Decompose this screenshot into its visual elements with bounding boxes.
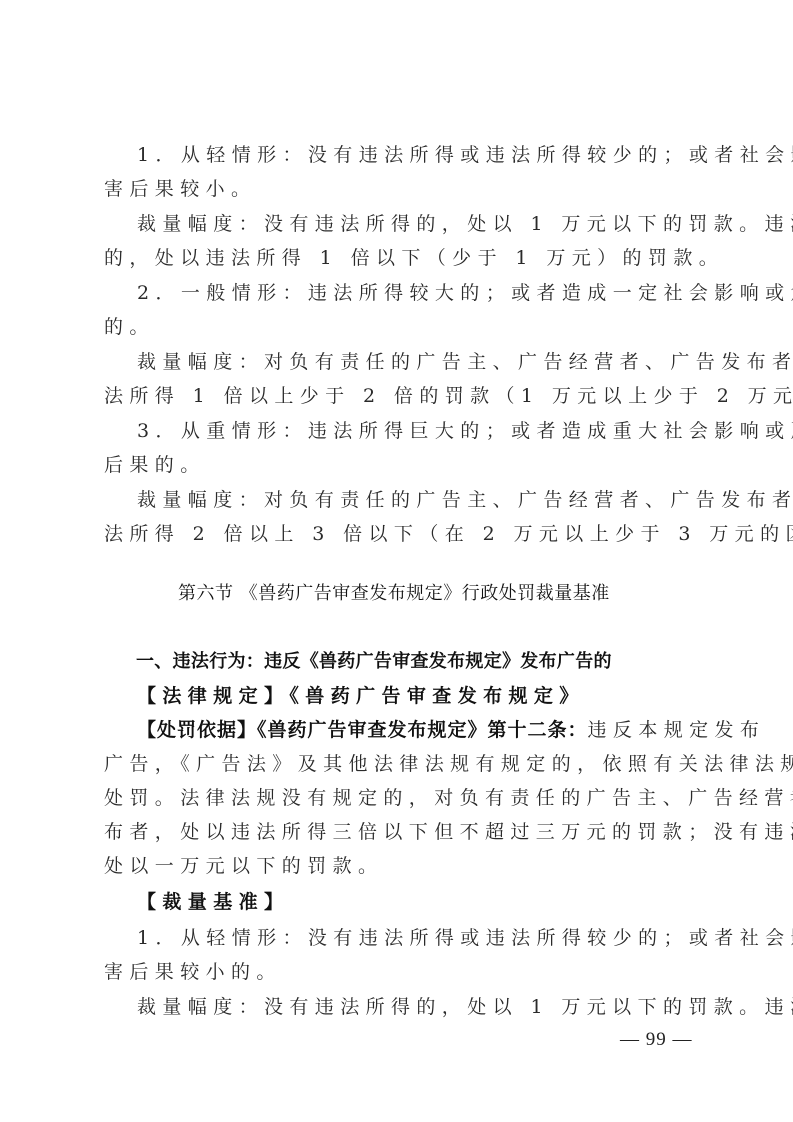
item3-line2: 后果的。 xyxy=(104,453,694,477)
item1-range-line2: 的，处以违法所得 1 倍以下（少于 1 万元）的罚款。 xyxy=(104,246,694,270)
item1-line1: 1．从轻情形：没有违法所得或违法所得较少的；或者社会影响或危 xyxy=(137,143,694,167)
section-item1-range-line1: 裁量幅度：没有违法所得的，处以 1 万元以下的罚款。违法所得较少， xyxy=(137,995,694,1019)
basis-line2: 广告，《广告法》及其他法律法规有规定的，依照有关法律法规规定予以 xyxy=(104,752,694,776)
basis-line5: 处以一万元以下的罚款。 xyxy=(104,854,694,878)
item3-line1: 3．从重情形：违法所得巨大的；或者造成重大社会影响或严重危害 xyxy=(137,419,694,443)
item2-range-line1: 裁量幅度：对负有责任的广告主、广告经营者、广告发布者，处以违 xyxy=(137,350,694,374)
item2-line1: 2．一般情形：违法所得较大的；或者造成一定社会影响或危害后果 xyxy=(137,281,694,305)
item2-range-line2: 法所得 1 倍以上少于 2 倍的罚款（1 万元以上少于 2 万元的区间内）。 xyxy=(104,384,694,408)
legal-rule-label: 【法律规定】 xyxy=(137,685,289,707)
basis-label: 【处罚依据】《兽药广告审查发布规定》第十二条： xyxy=(137,719,588,741)
legal-rule-line: 【法律规定】《兽药广告审查发布规定》 xyxy=(137,684,694,708)
item2-line2: 的。 xyxy=(104,315,694,339)
section-item1-line1: 1．从轻情形：没有违法所得或违法所得较少的；或者社会影响或危 xyxy=(137,926,694,950)
item3-range-line2: 法所得 2 倍以上 3 倍以下（在 2 万元以上少于 3 万元的区间内）的罚款。 xyxy=(104,522,694,546)
standard-label: 【裁量基准】 xyxy=(137,890,694,914)
legal-rule-text: 《兽药广告审查发布规定》 xyxy=(289,685,584,707)
page-number: — 99 — xyxy=(620,1028,693,1052)
item3-range-line1: 裁量幅度：对负有责任的广告主、广告经营者、广告发布者，处以违 xyxy=(137,488,694,512)
basis-line3: 处罚。法律法规没有规定的，对负有责任的广告主、广告经营者、广告发 xyxy=(104,786,694,810)
basis-line1-rest: 违反本规定发布 xyxy=(588,719,766,741)
document-page: 1．从轻情形：没有违法所得或违法所得较少的；或者社会影响或危 害后果较小。 裁量… xyxy=(0,0,793,1122)
basis-line1: 【处罚依据】《兽药广告审查发布规定》第十二条：违反本规定发布 xyxy=(137,718,694,742)
section-item1-line2: 害后果较小的。 xyxy=(104,960,694,984)
item1-range-line1: 裁量幅度：没有违法所得的，处以 1 万元以下的罚款。违法所得较少 xyxy=(137,212,694,236)
violation-heading: 一、违法行为：违反《兽药广告审查发布规定》发布广告的 xyxy=(136,650,612,674)
section-title: 第六节 《兽药广告审查发布规定》行政处罚裁量基准 xyxy=(178,582,610,606)
basis-line4: 布者，处以违法所得三倍以下但不超过三万元的罚款；没有违法所得的， xyxy=(104,820,694,844)
item1-line2: 害后果较小。 xyxy=(104,177,694,201)
